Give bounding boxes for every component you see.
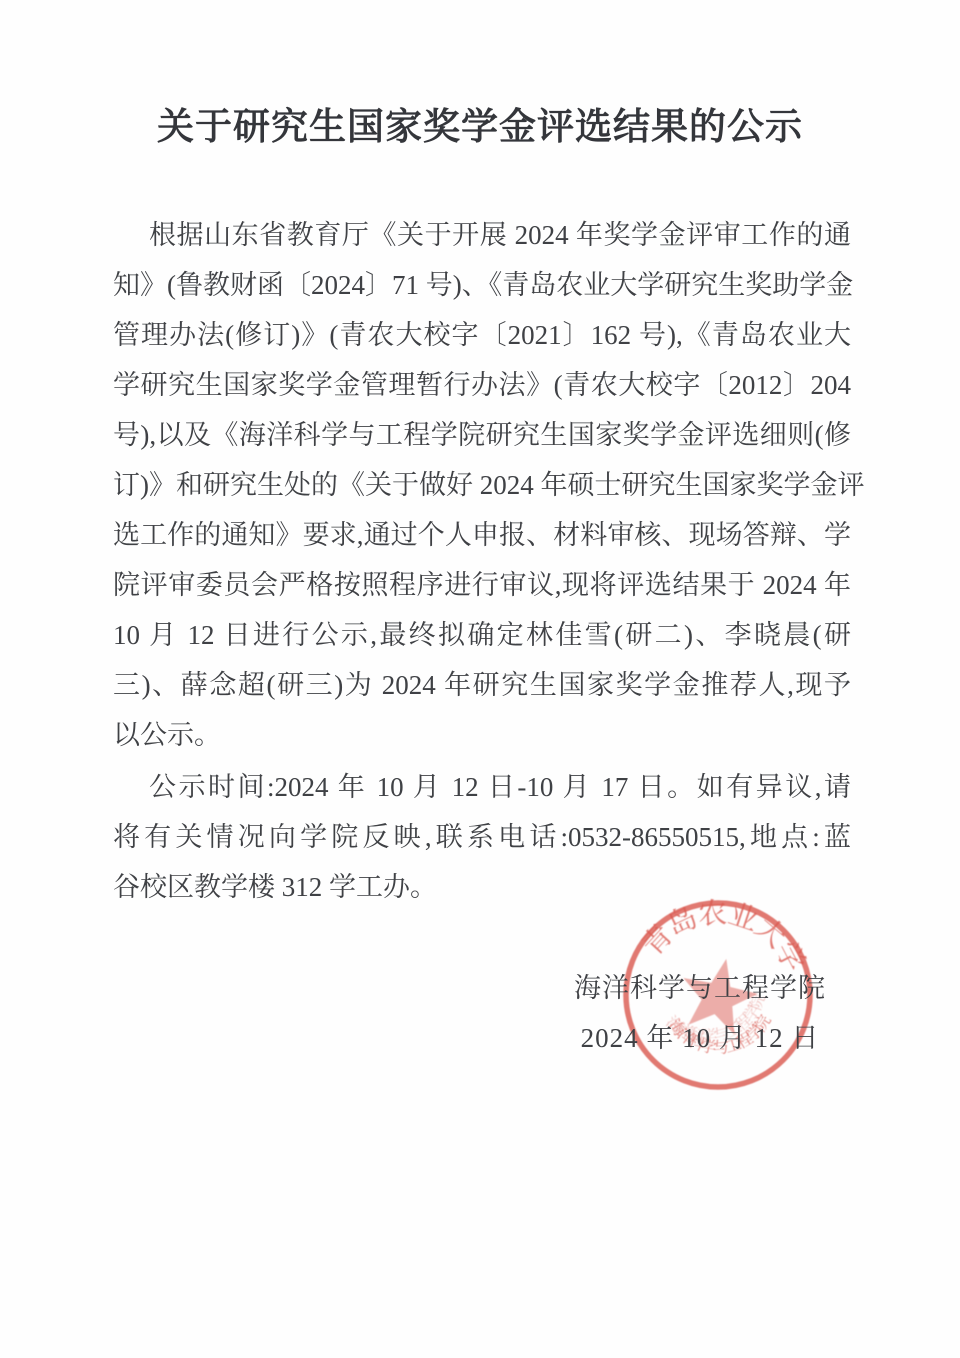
document-title: 关于研究生国家奖学金评选结果的公示 (0, 96, 960, 150)
body-line: 将有关情况向学院反映,联系电话:0532-86550515,地点:蓝 (113, 812, 851, 862)
signature-org: 海洋科学与工程学院 (440, 963, 960, 1013)
signature-block: 海洋科学与工程学院 2024 年 10 月 12 日 (440, 963, 960, 1063)
body-line: 公示时间:2024 年 10 月 12 日-10 月 17 日。如有异议,请 (113, 762, 851, 812)
body-line: 三)、薛念超(研三)为 2024 年研究生国家奖学金推荐人,现予 (113, 660, 851, 710)
document-body: 根据山东省教育厅《关于开展 2024 年奖学金评审工作的通 知》(鲁教财函〔20… (113, 210, 851, 912)
body-line: 号),以及《海洋科学与工程学院研究生国家奖学金评选细则(修 (113, 410, 851, 460)
body-line: 订)》和研究生处的《关于做好 2024 年硕士研究生国家奖学金评 (113, 460, 851, 510)
body-line: 10 月 12 日进行公示,最终拟确定林佳雪(研二)、李晓晨(研 (113, 610, 851, 660)
body-line: 学研究生国家奖学金管理暂行办法》(青农大校字〔2012〕204 (113, 360, 851, 410)
signature-date: 2024 年 10 月 12 日 (440, 1013, 960, 1063)
body-line: 根据山东省教育厅《关于开展 2024 年奖学金评审工作的通 (113, 210, 851, 260)
body-line: 知》(鲁教财函〔2024〕71 号)、《青岛农业大学研究生奖助学金 (113, 260, 851, 310)
body-line: 选工作的通知》要求,通过个人申报、材料审核、现场答辩、学 (113, 510, 851, 560)
paragraph-2: 公示时间:2024 年 10 月 12 日-10 月 17 日。如有异议,请 将… (113, 762, 851, 912)
body-line: 院评审委员会严格按照程序进行审议,现将评选结果于 2024 年 (113, 560, 851, 610)
paragraph-1: 根据山东省教育厅《关于开展 2024 年奖学金评审工作的通 知》(鲁教财函〔20… (113, 210, 851, 760)
document-page: 关于研究生国家奖学金评选结果的公示 根据山东省教育厅《关于开展 2024 年奖学… (0, 0, 960, 1358)
body-line: 管理办法(修订)》(青农大校字〔2021〕162 号),《青岛农业大 (113, 310, 851, 360)
body-line: 以公示。 (113, 710, 851, 760)
